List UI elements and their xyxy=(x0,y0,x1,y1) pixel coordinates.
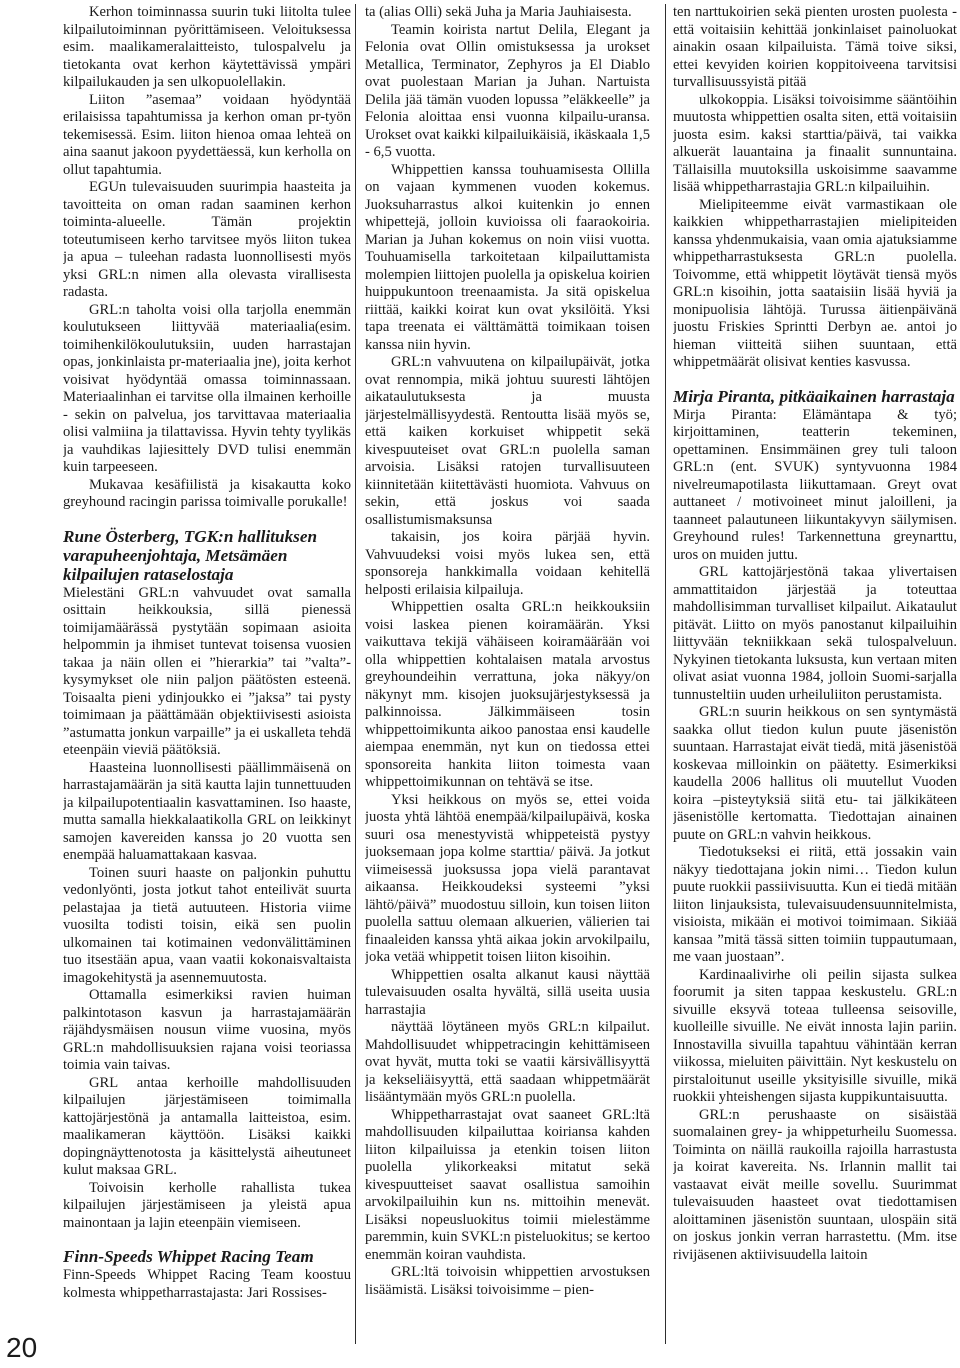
paragraph: Toivoisin kerholle rahallista tukea kilp… xyxy=(63,1180,351,1233)
paragraph: GRL antaa kerhoille mahdollisuuden kilpa… xyxy=(63,1075,351,1180)
paragraph: Whippettien osalta alkanut kausi näyttää… xyxy=(365,967,650,1020)
paragraph: GRL:n taholta voisi olla tarjolla enemmä… xyxy=(63,302,351,477)
paragraph: Haasteina luonnollisesti päällimmäisenä … xyxy=(63,760,351,865)
magazine-page: { "page_number": "20", "columns": [ { "b… xyxy=(0,0,960,1368)
paragraph: GRL:n vahvuutena on kilpailupäivät, jotk… xyxy=(365,354,650,529)
paragraph: Kerhon toiminnassa suurin tuki liitolta … xyxy=(63,4,351,92)
paragraph: Tiedotukseksi ei riitä, että jossakin va… xyxy=(673,844,957,967)
paragraph: ulkokoppia. Lisäksi toivoisimme sääntöih… xyxy=(673,92,957,197)
paragraph: Toinen suuri haaste on paljonkin puhuttu… xyxy=(63,865,351,988)
section-heading-mirja-piranta: Mirja Piranta, pitkäaikainen harrastaja xyxy=(673,387,957,406)
section-heading-rune-osterberg: Rune Österberg, TGK:n hallituksen varapu… xyxy=(63,527,351,584)
paragraph: Whippettien kanssa touhuamisesta Ollilla… xyxy=(365,162,650,355)
text-column-3: ten narttukoirien sekä pienten urosten p… xyxy=(673,4,957,1362)
section-heading-finn-speeds: Finn-Speeds Whippet Racing Team xyxy=(63,1247,351,1266)
column-divider xyxy=(665,4,666,1344)
paragraph: Kardinaalivirhe oli peilin sijasta sulke… xyxy=(673,967,957,1107)
paragraph: Finn-Speeds Whippet Racing Team koostuu … xyxy=(63,1267,351,1302)
paragraph: Mielipiteemme eivät varmastikaan ole kai… xyxy=(673,197,957,372)
paragraph: EGUn tulevaisuuden suurimpia haasteita j… xyxy=(63,179,351,302)
paragraph: GRL:n suurin heikkous on sen syntymästä … xyxy=(673,704,957,844)
paragraph: Yksi heikkous on myös se, ettei voida ju… xyxy=(365,792,650,967)
paragraph: Liiton ”asemaa” voidaan hyödyntää erilai… xyxy=(63,92,351,180)
paragraph: Whippetharrastajat ovat saaneet GRL:ltä … xyxy=(365,1107,650,1265)
text-column-2: ta (alias Olli) sekä Juha ja Maria Jauhi… xyxy=(365,4,650,1362)
article-text-block: Kerhon toiminnassa suurin tuki liitolta … xyxy=(63,4,957,1362)
paragraph: Whippettien osalta GRL:n heikkouksiin vo… xyxy=(365,599,650,792)
text-column-1: Kerhon toiminnassa suurin tuki liitolta … xyxy=(63,4,351,1362)
paragraph: GRL:n perushaaste on sisäistää suomalain… xyxy=(673,1107,957,1265)
paragraph: GRL kattojärjestönä takaa ylivertaisen a… xyxy=(673,564,957,704)
paragraph: ta (alias Olli) sekä Juha ja Maria Jauhi… xyxy=(365,4,650,22)
paragraph: takaisin, jos koira pärjää hyvin. Vahvuu… xyxy=(365,529,650,599)
paragraph: näyttää löytäneen myös GRL:n kilpailut. … xyxy=(365,1019,650,1107)
paragraph: Mirja Piranta: Elämäntapa & työ; kirjoit… xyxy=(673,407,957,565)
paragraph: Ottamalla esimerkiksi ravien huiman palk… xyxy=(63,987,351,1075)
page-number: 20 xyxy=(6,1332,37,1364)
paragraph: ten narttukoirien sekä pienten urosten p… xyxy=(673,4,957,92)
column-divider xyxy=(355,4,356,1344)
paragraph: GRL:ltä toivoisin whippettien arvostukse… xyxy=(365,1264,650,1299)
paragraph: Mielestäni GRL:n vahvuudet ovat samalla … xyxy=(63,585,351,760)
paragraph: Mukavaa kesäfiilistä ja kisakautta koko … xyxy=(63,477,351,512)
paragraph: Teamin koirista nartut Delila, Elegant j… xyxy=(365,22,650,162)
